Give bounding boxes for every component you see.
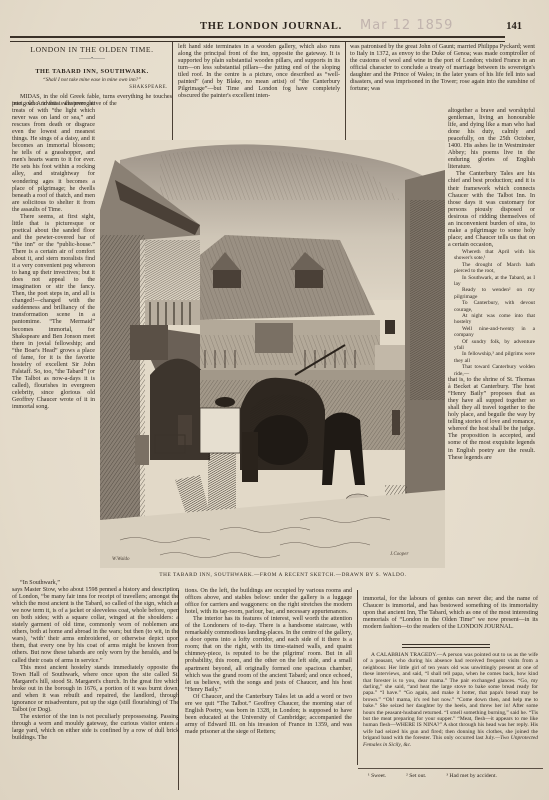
paragraph: left hand side terminates in a wooden ga… [178,44,340,100]
verse-line: To Canterbury, with devout courage, [448,300,535,313]
verse-line: At night was come into that hostelry [448,313,535,326]
footnote: ³ Had met by accident. [446,773,497,779]
verse-line: Of sundry folk, by adventure yfall [448,339,535,352]
column-3-top: was patronised by the great John of Gaun… [350,44,535,93]
epigraph-attribution: SHAKSPEARE. [12,84,168,91]
paragraph: The Canterbury Tales are his chief and b… [448,171,535,249]
footnote: ² Set out. [406,773,426,779]
verse-line: Well nine-and-twenty in a company [448,326,535,339]
verse-line: In Southwark, at the Tabard, as I lay [448,275,535,288]
paragraph: that is, to the shrine of St. Thomas à B… [448,377,535,462]
engraver-signature-right: J.Cooper [390,552,409,557]
verse-line: Whereth that April with his shower's sot… [448,249,535,262]
paragraph: There seems, at first sight, little that… [12,214,95,411]
masthead: THE LONDON JOURNAL. Mar 12 1859 141 [10,20,530,36]
paragraph: Of Chaucer, and the Canterbury Tales let… [185,694,352,736]
verse-line: The drought of March hath pierced to the… [448,262,535,275]
column-1-narrow: poet, who invests whatever he treats of … [12,101,95,411]
ornament-divider: ——•—— [12,56,172,62]
paragraph: altogether a brave and worshipful gentle… [448,108,535,171]
filler-text: —A person was pointed out to us as the w… [363,652,538,741]
tabard-inn-engraving: W.Waldo J.Cooper [100,140,445,568]
page-number: 141 [506,21,522,32]
footnote: ¹ Sweet. [368,773,386,779]
verse-line: Ready to wenden² on my pilgrimage [448,287,535,300]
paragraph: poet, who invests whatever he treats of … [12,101,95,214]
illustration-caption: THE TABARD INN, SOUTHWARK.—FROM A RECENT… [148,572,418,578]
column-3-bottom: immortal, for the labours of genius can … [363,596,538,631]
paragraph: immortal, for the labours of genius can … [363,596,538,631]
column-2-top: left hand side terminates in a wooden ga… [178,44,340,100]
paragraph: says Master Stow, who about 1598 penned … [12,587,179,665]
column-2-bottom: tions. On the left, the buildings are oc… [185,588,352,736]
paragraph: tions. On the left, the buildings are oc… [185,588,352,616]
column-divider [345,42,346,142]
paragraph: The interior has its features of interes… [185,616,352,694]
paragraph: was patronised by the great John of Gaun… [350,44,535,93]
verse-line: That toward Canterbury wolden ride,— [448,364,535,377]
engraver-signature-left: W.Waldo [112,557,130,562]
article-subtitle: THE TABARD INN, SOUTHWARK. [12,68,172,75]
verse-line: In fellowship,³ and pilgrims were they a… [448,351,535,364]
journal-title: THE LONDON JOURNAL. [200,21,342,32]
verse-block: Whereth that April with his shower's sot… [448,249,535,377]
paragraph: This most ancient hostelry stands immedi… [12,665,179,714]
section-divider-rule [402,644,490,648]
column-1-bottom: “In Southwark,” says Master Stow, who ab… [12,580,179,742]
column-divider [172,42,173,142]
filler-story: A CALABRIAN TRAGEDY.—A person was pointe… [363,652,538,748]
section-title: LONDON IN THE OLDEN TIME. [12,46,172,53]
epigraph: “Shall I not take mine ease in mine own … [12,77,172,84]
footnotes: ¹ Sweet. ² Set out. ³ Had met by acciden… [368,773,543,779]
footnote-rule [358,768,543,769]
paragraph: “In Southwark,” [12,580,179,587]
column-3-narrow: altogether a brave and worshipful gentle… [448,108,535,462]
newspaper-page: THE LONDON JOURNAL. Mar 12 1859 141 LOND… [0,0,549,800]
masthead-rule [10,36,505,42]
paragraph: The exterior of the inn is not peculiarl… [12,714,179,742]
handwritten-date: Mar 12 1859 [360,18,453,33]
paragraph: A CALABRIAN TRAGEDY.—A person was pointe… [363,652,538,748]
column-divider [357,590,358,765]
engraving-illustration: W.Waldo J.Cooper [100,140,445,568]
column-1-top: LONDON IN THE OLDEN TIME. ——•—— THE TABA… [12,44,172,108]
